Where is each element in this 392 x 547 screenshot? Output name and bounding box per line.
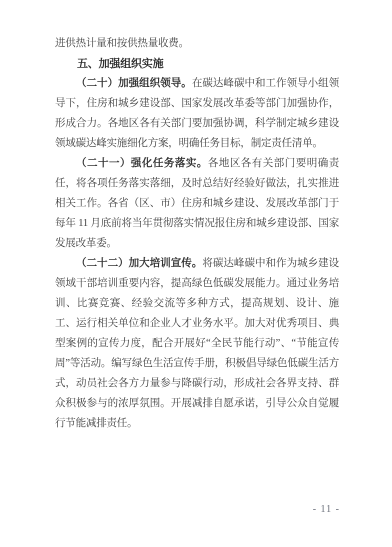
paragraph-continuation: 进供热计量和按供热量收费。 — [55, 34, 339, 54]
page-number: - 11 - — [313, 503, 340, 517]
paragraph-organization-leadership: （二十）加强组织领导。在碳达峰碳中和工作领导小组领导下，住房和城乡建设部、国家发… — [55, 74, 339, 154]
document-page-body: 进供热计量和按供热量收费。 五、加强组织实施 （二十）加强组织领导。在碳达峰碳中… — [55, 34, 339, 434]
section-heading: 五、加强组织实施 — [55, 54, 339, 74]
paragraph-training-publicity: （二十二）加大培训宣传。将碳达峰碳中和作为城乡建设领域干部培训重要内容，提高绿色… — [55, 254, 339, 434]
paragraph-lead: （二十二）加大培训宣传。 — [76, 258, 202, 269]
paragraph-task-implementation: （二十一）强化任务落实。各地区各有关部门要明确责任，将各项任务落实落细，及时总结… — [55, 154, 339, 254]
paragraph-lead: （二十）加强组织领导。 — [76, 78, 192, 89]
paragraph-lead: （二十一）强化任务落实。 — [76, 158, 208, 169]
paragraph-text: 将碳达峰碳中和作为城乡建设领域干部培训重要内容，提高绿色低碳发展能力。通过业务培… — [55, 258, 339, 429]
paragraph-text: 各地区各有关部门要明确责任，将各项任务落实落细，及时总结好经验好做法，扎实推进相… — [55, 158, 339, 249]
